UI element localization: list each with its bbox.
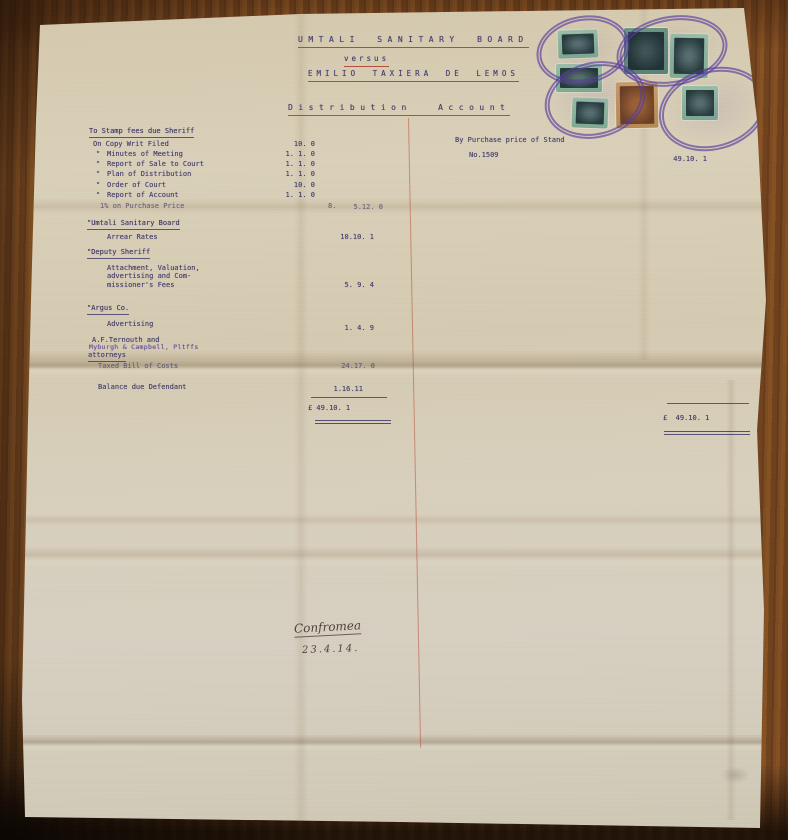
section-line: Advertising (107, 320, 153, 329)
debit-row-label: Order of Court (107, 181, 166, 190)
stamps-block (546, 6, 766, 151)
handwritten-date: 23.4.14. (302, 643, 360, 656)
versus-label: versus (344, 55, 389, 67)
debit-row-label: Minutes of Meeting (107, 150, 183, 159)
total-rule (311, 397, 387, 398)
section-amount: 10.10. 1 (324, 233, 374, 242)
debit-row-amount: 10. 0 (265, 181, 315, 190)
ditto-mark: " (96, 150, 100, 159)
fold-crease (0, 734, 788, 752)
total-left: £ 49.10. 1 (308, 404, 350, 413)
fold-crease-vertical (294, 0, 308, 840)
document-paper: UMTALI SANITARY BOARD versus EMILIO TAXI… (0, 0, 788, 840)
debit-row-amount: 10. 0 (265, 140, 315, 149)
ditto-mark: " (96, 170, 100, 179)
section-line: advertising and Com- (107, 272, 191, 281)
total-rule (667, 403, 749, 404)
debit-subtotal: 5.12. 0 (333, 203, 383, 212)
credit-stand-number: No.1509 (469, 151, 499, 160)
cost-row-label: Taxed Bill of Costs (98, 362, 178, 371)
section-amount: 1. 4. 9 (324, 324, 374, 333)
ditto-mark: " (96, 181, 100, 190)
section-header: "Umtali Sanitary Board (87, 219, 180, 230)
plaintiff-name: UMTALI SANITARY BOARD (298, 36, 529, 48)
section-line: missioner's Fees (107, 281, 174, 290)
section-header: "Deputy Sheriff (87, 248, 150, 259)
debit-row-amount: 1. 1. 0 (265, 150, 315, 159)
debit-row-label: On Copy Writ Filed (93, 140, 169, 149)
defendant-name: EMILIO TAXIERA DE LEMOS (308, 70, 519, 82)
debit-row-amount: 1. 1. 0 (265, 191, 315, 200)
debit-header: To Stamp fees due Sheriff (89, 127, 194, 138)
section-header: "Argus Co. (87, 304, 129, 315)
cost-row-amount: 24.17. 0 (325, 362, 375, 371)
credit-amount: 49.10. 1 (655, 155, 707, 164)
handwritten-word: Confromea (294, 618, 362, 637)
account-title: Distribution Account (288, 104, 510, 116)
debit-row-amount: 1. 1. 0 (265, 170, 315, 179)
pencil-smudge (720, 766, 750, 784)
fold-crease (0, 546, 788, 568)
ledger-rule (408, 118, 421, 748)
fold-crease (0, 514, 788, 526)
ditto-mark: " (96, 191, 100, 200)
debit-row-label: Plan of Distribution (107, 170, 191, 179)
cost-row-label: Balance due Defendant (98, 383, 187, 392)
debit-row-label: Report of Sale to Court (107, 160, 204, 169)
ditto-mark: " (96, 160, 100, 169)
fold-crease-vertical (726, 380, 736, 820)
debit-row-label: Report of Account (107, 191, 179, 200)
debit-row-amount: 1. 1. 0 (265, 160, 315, 169)
debit-row-label: 1% on Purchase Price (100, 202, 184, 211)
total-double-rule (664, 431, 750, 435)
attorneys-label: attorneys (88, 351, 126, 362)
total-double-rule (315, 420, 391, 424)
total-right: £ 49.10. 1 (663, 414, 709, 423)
section-line: Arrear Rates (107, 233, 158, 242)
cost-row-amount: 1.16.11 (313, 385, 363, 394)
photo-scene: UMTALI SANITARY BOARD versus EMILIO TAXI… (0, 0, 788, 840)
section-amount: 5. 9. 4 (324, 281, 374, 290)
